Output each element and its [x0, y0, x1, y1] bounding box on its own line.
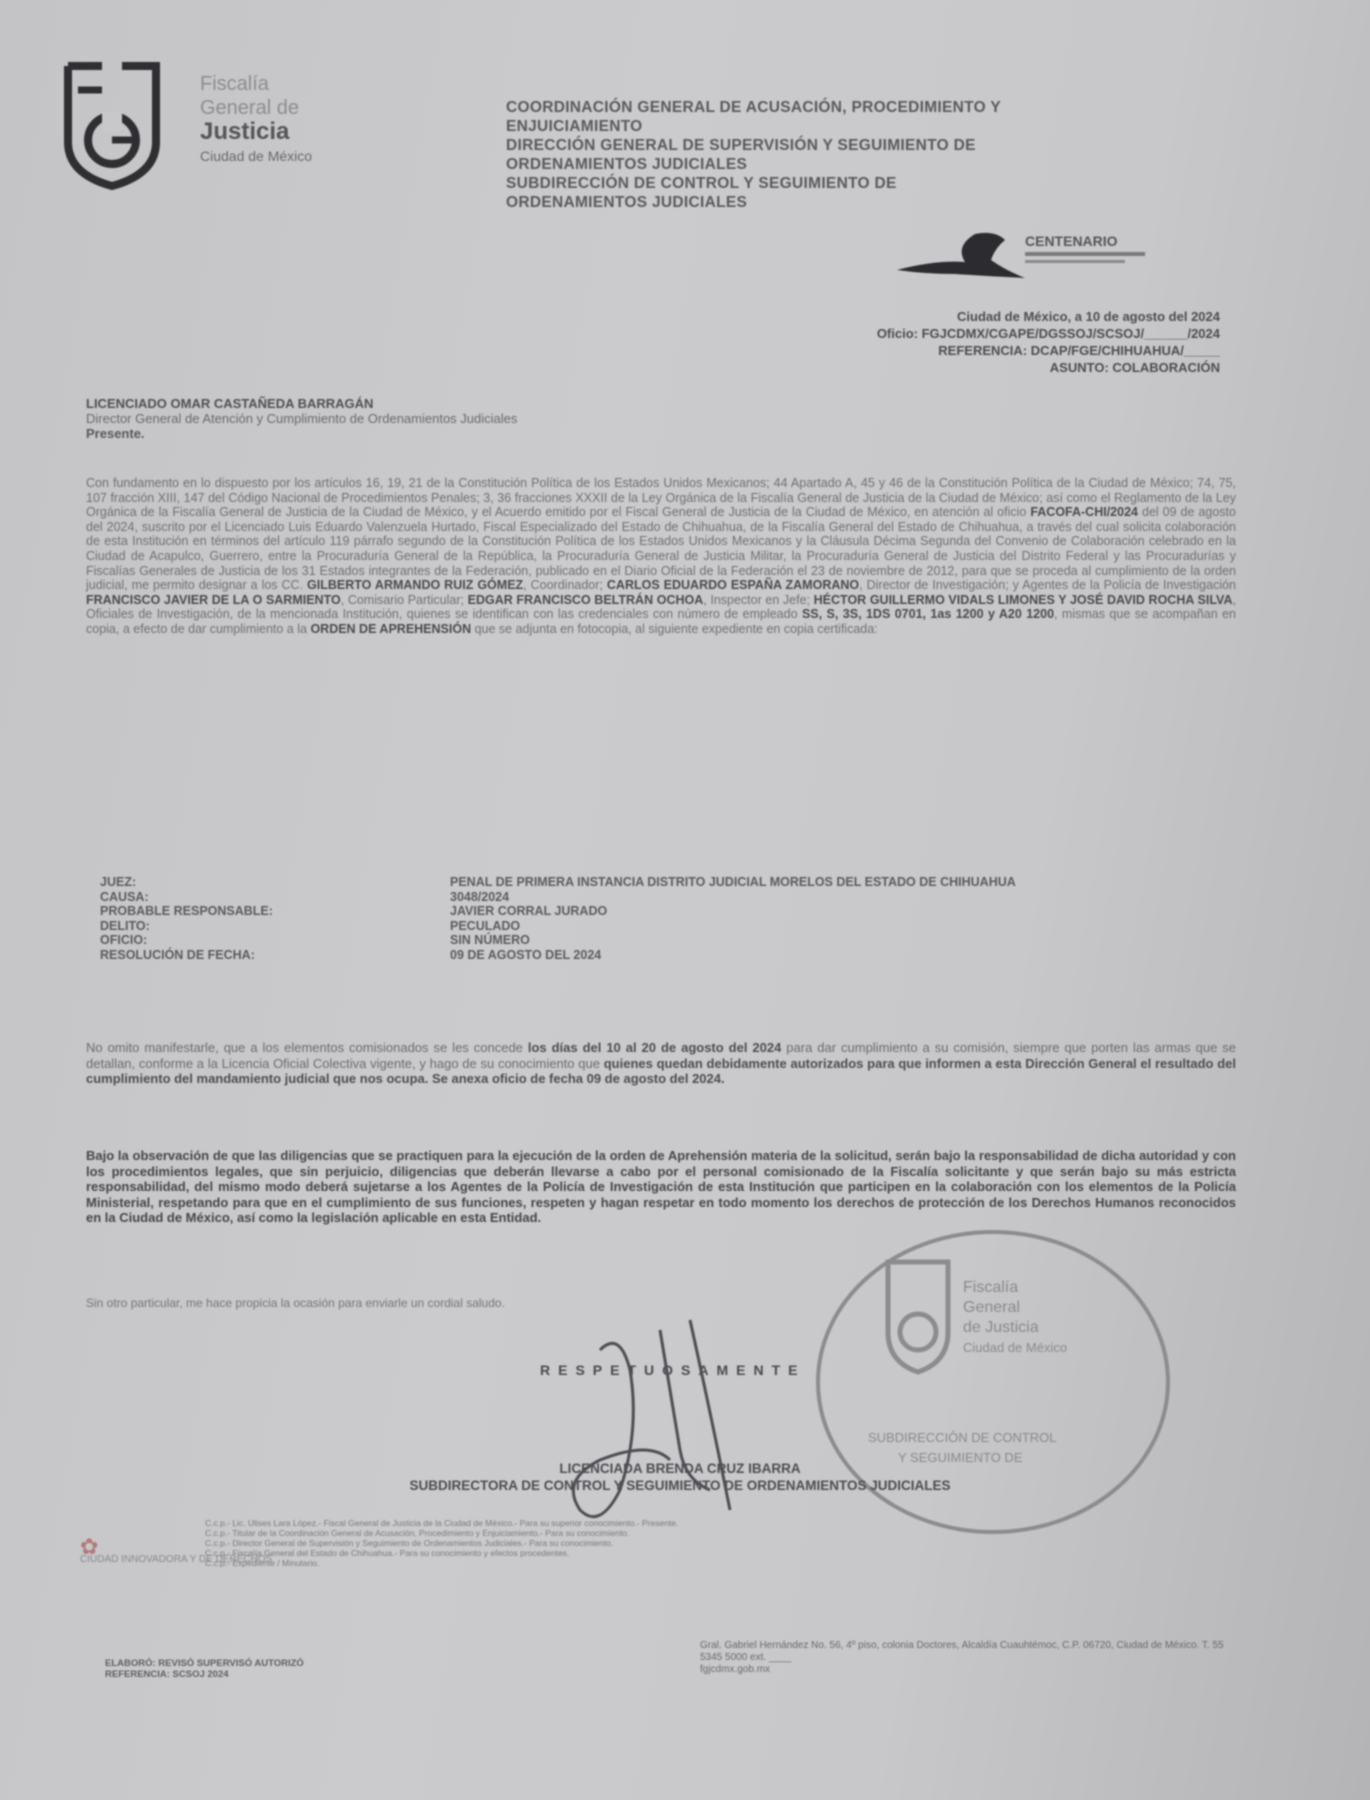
oficio-number: Oficio: FGJCDMX/CGAPE/DGSSOJ/SCSOJ/_____…	[877, 325, 1220, 342]
carbon-copy-list: C.c.p.- Lic. Ulises Lara López.- Fiscal …	[205, 1518, 1245, 1568]
svg-text:de Justicia: de Justicia	[963, 1319, 1039, 1336]
addressee: LICENCIADO OMAR CASTAÑEDA BARRAGÁN Direc…	[86, 396, 836, 441]
handwritten-signature-icon	[560, 1310, 760, 1540]
svg-text:CENTENARIO: CENTENARIO	[1025, 233, 1118, 249]
svg-text:General: General	[963, 1299, 1020, 1316]
official-stamp-icon: Fiscalía General de Justicia Ciudad de M…	[808, 1222, 1178, 1542]
case-row-crime: DELITO:PECULADO	[100, 919, 1200, 934]
reference: REFERENCIA: DCAP/FGE/CHIHUAHUA/_____	[877, 342, 1220, 359]
case-details-table: JUEZ:PENAL DE PRIMERA INSTANCIA DISTRITO…	[100, 875, 1200, 962]
body-paragraph-2: No omito manifestarle, que a los element…	[86, 1040, 1236, 1087]
case-row-judge: JUEZ:PENAL DE PRIMERA INSTANCIA DISTRITO…	[100, 875, 1200, 890]
svg-text:Ciudad de México: Ciudad de México	[963, 1340, 1067, 1355]
department-header: Coordinación General de Acusación, Proce…	[506, 98, 1186, 212]
footer-initials: ELABORÓ: REVISÓ SUPERVISÓ AUTORIZÓ REFER…	[105, 1658, 304, 1680]
document-metadata: Ciudad de México, a 10 de agosto del 202…	[877, 308, 1220, 376]
place-date: Ciudad de México, a 10 de agosto del 202…	[877, 308, 1220, 325]
case-row-responsible: PROBABLE RESPONSABLE:JAVIER CORRAL JURAD…	[100, 904, 1200, 919]
svg-text:Fiscalía: Fiscalía	[963, 1279, 1018, 1296]
svg-text:SUBDIRECCIÓN DE CONTROL: SUBDIRECCIÓN DE CONTROL	[868, 1430, 1057, 1445]
case-row-cause: CAUSA:3048/2024	[100, 890, 1200, 905]
subject: ASUNTO: COLABORACIÓN	[877, 359, 1220, 376]
case-row-resolution-date: RESOLUCIÓN DE FECHA:09 DE AGOSTO DEL 202…	[100, 948, 1200, 963]
fgj-logo-icon	[62, 62, 162, 190]
institution-name: Fiscalía General de Justicia Ciudad de M…	[200, 72, 312, 168]
centenary-seal-icon: CENTENARIO	[895, 226, 1155, 284]
case-row-oficio: OFICIO:SIN NÚMERO	[100, 933, 1200, 948]
body-paragraph-1: Con fundamento en lo dispuesto por los a…	[86, 476, 1236, 637]
signer-block: LICENCIADA BRENDA CRUZ IBARRA SUBDIRECTO…	[270, 1460, 1090, 1494]
signer-title: SUBDIRECTORA DE CONTROL Y SEGUIMIENTO DE…	[270, 1477, 1090, 1494]
footer-address: Gral. Gabriel Hernández No. 56, 4º piso,…	[700, 1640, 1240, 1676]
body-paragraph-3: Bajo la observación de que las diligenci…	[86, 1148, 1236, 1226]
document-page: Fiscalía General de Justicia Ciudad de M…	[0, 0, 1370, 1800]
signer-name: LICENCIADA BRENDA CRUZ IBARRA	[270, 1460, 1090, 1477]
